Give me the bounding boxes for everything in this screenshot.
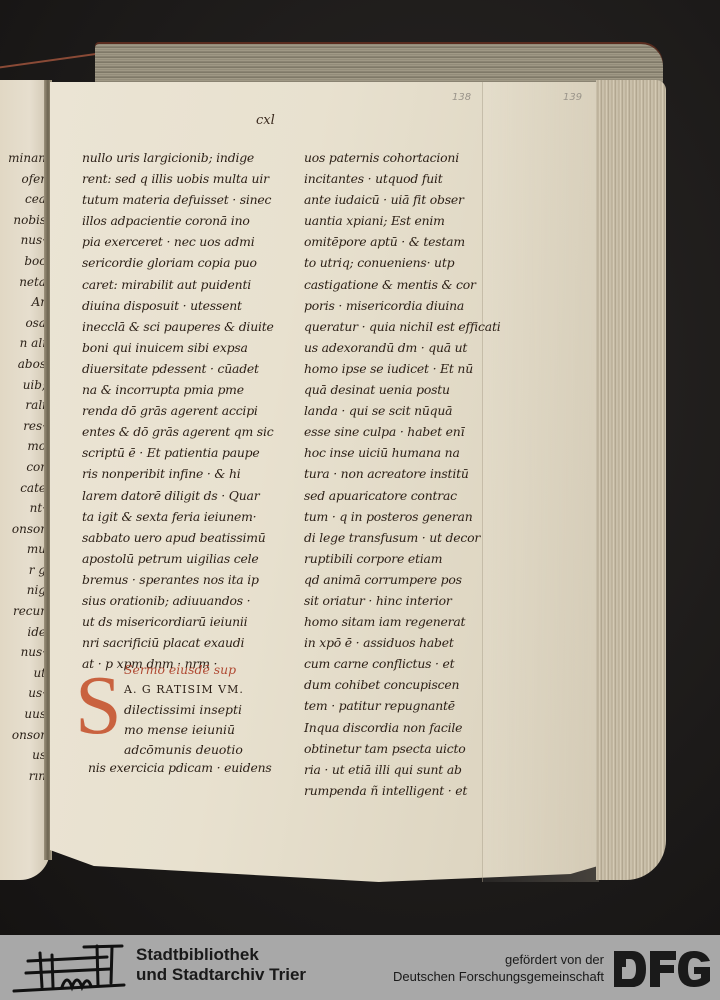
library-name-line2: und Stadtarchiv Trier <box>136 965 306 985</box>
manuscript-line: apostolū petrum uigilias cele <box>82 548 282 569</box>
manuscript-line: sed apuaricatore contrac <box>304 485 484 506</box>
pencil-page-number-left: 138 <box>452 92 471 103</box>
left-page-fragment: rali <box>0 395 46 416</box>
manuscript-line: omitēpore aptū · & testam <box>304 231 484 252</box>
text-column-left: nullo uris largicionib; indigerent: sed … <box>82 147 282 674</box>
manuscript-line: larem datorē diligit ds · Quar <box>82 485 282 506</box>
left-page-fragment: n alı <box>0 333 46 354</box>
manuscript-line: in xpō ē · assiduos habet <box>304 632 484 653</box>
text-column-right: uos paternis cohortacioniincitantes · ut… <box>304 147 484 801</box>
left-page-text-fragments: minanoferceanobisnus·bocnetaArosan alıab… <box>0 148 46 786</box>
dfg-logo-icon <box>614 949 712 989</box>
left-page-fragment: nt· <box>0 498 46 519</box>
left-page-fragment: mo <box>0 436 46 457</box>
left-page-fragment: abos <box>0 354 46 375</box>
manuscript-line: renda dō grās agerent accipi <box>82 400 282 421</box>
left-page-fragment: rın <box>0 766 46 787</box>
stadtbibliothek-trier-logo-icon <box>12 941 127 996</box>
left-page-fragment: boc <box>0 251 46 272</box>
funding-line2: Deutschen Forschungsgemeinschaft <box>393 968 604 985</box>
manuscript-line: ta igit & sexta feria ieiunem· <box>82 506 282 527</box>
left-page-fragment: uus <box>0 704 46 725</box>
left-page-fragment: ut <box>0 663 46 684</box>
manuscript-line: bremus · sperantes nos ita ip <box>82 569 282 590</box>
footer-banner: Stadtbibliothek und Stadtarchiv Trier ge… <box>0 935 720 1000</box>
left-page-fragment: nig <box>0 580 46 601</box>
left-page-fragment: recur <box>0 601 46 622</box>
rubric-subtitle: A. G RATISIM VM. <box>124 680 244 700</box>
manuscript-line: sabbato uero apud beatissimū <box>82 527 282 548</box>
left-page-fragment: mu <box>0 539 46 560</box>
manuscript-line: rumpenda ñ intelligent · et <box>304 780 484 801</box>
left-page-fragment: onsor <box>0 519 46 540</box>
manuscript-line: landa · qui se scit nūquā <box>304 400 484 421</box>
book-top-edge <box>95 44 663 86</box>
rubric-title: Sermo eiusdē sup <box>124 660 244 680</box>
funding-credit: gefördert von der Deutschen Forschungsge… <box>393 951 604 985</box>
left-page-fragment: uib; <box>0 375 46 396</box>
left-page-fragment: cor <box>0 457 46 478</box>
left-page-fragment: us· <box>0 683 46 704</box>
manuscript-line: incitantes · utquod fuit <box>304 168 484 189</box>
library-name-line1: Stadtbibliothek <box>136 945 306 965</box>
manuscript-scan: minanoferceanobisnus·bocnetaArosan alıab… <box>0 0 720 935</box>
left-page-fragment: nus· <box>0 230 46 251</box>
library-name: Stadtbibliothek und Stadtarchiv Trier <box>136 945 306 985</box>
manuscript-line: obtinetur tam psecta uicto <box>304 738 484 759</box>
manuscript-line: Inqua discordia non facile <box>304 717 484 738</box>
funding-line1: gefördert von der <box>393 951 604 968</box>
pencil-page-number-right: 139 <box>563 92 582 103</box>
left-page-fragment: onsor <box>0 725 46 746</box>
sermon-line: dilectissimi insepti <box>124 700 244 720</box>
book-fore-edge <box>596 80 666 880</box>
left-page-fragment: neta <box>0 272 46 293</box>
manuscript-line: sit oriatur · hinc interior <box>304 590 484 611</box>
manuscript-line: cum carne conflictus · et <box>304 653 484 674</box>
manuscript-line: qd animā corrumpere pos <box>304 569 484 590</box>
manuscript-line: na & incorrupta pmia pme <box>82 379 282 400</box>
manuscript-line: homo ipse se iudicet · Et nū <box>304 358 484 379</box>
manuscript-line: uantia xpiani; Est enim <box>304 210 484 231</box>
manuscript-line: dum cohibet concupiscen <box>304 674 484 695</box>
manuscript-line: esse sine culpa · habet enī <box>304 421 484 442</box>
manuscript-line: tum · q in posteros generan <box>304 506 484 527</box>
decorated-initial-s: S <box>75 664 122 748</box>
manuscript-line: sericordie gloriam copia puo <box>82 252 282 273</box>
left-page-fragment: osa <box>0 313 46 334</box>
left-page-fragment: nobis <box>0 210 46 231</box>
manuscript-line: ut ds misericordiarū ieiunii <box>82 611 282 632</box>
sermon-heading-block: Sermo eiusdē sup A. G RATISIM VM. dilect… <box>124 660 244 760</box>
manuscript-line: ria · ut etiā illi qui sunt ab <box>304 759 484 780</box>
page-fold-shadow <box>482 82 599 882</box>
left-page-fragment: res· <box>0 416 46 437</box>
manuscript-line: poris · misericordia diuina <box>304 295 484 316</box>
manuscript-line: tura · non acreatore institū <box>304 463 484 484</box>
manuscript-line: sius orationib; adiuuandos · <box>82 590 282 611</box>
left-page-fragment: r g <box>0 560 46 581</box>
left-page-fragment: cate <box>0 478 46 499</box>
manuscript-line: tem · patitur repugnantē <box>304 695 484 716</box>
manuscript-line: inecclā & sci pauperes & diuite <box>82 316 282 337</box>
left-page-fragment: us <box>0 745 46 766</box>
manuscript-line: quā desinat uenia postu <box>304 379 484 400</box>
manuscript-line: ruptibili corpore etiam <box>304 548 484 569</box>
manuscript-line: scriptū ē · Et patientia paupe <box>82 442 282 463</box>
sermon-line: mo mense ieiuniū <box>124 720 244 740</box>
manuscript-line: nullo uris largicionib; indige <box>82 147 282 168</box>
manuscript-line: rent: sed q illis uobis multa uir <box>82 168 282 189</box>
text-column-left-last-line: nis exercicia pdicam · euidens <box>88 757 272 778</box>
manuscript-line: pia exerceret · nec uos admi <box>82 231 282 252</box>
manuscript-line: hoc inse uiciū humana na <box>304 442 484 463</box>
left-page-fragment: ofer <box>0 169 46 190</box>
left-page-fragment: cea <box>0 189 46 210</box>
manuscript-line: ante iudaicū · uiā fit obser <box>304 189 484 210</box>
manuscript-line: diuina disposuit · utessent <box>82 295 282 316</box>
manuscript-line: ris nonperibit infine · & hi <box>82 463 282 484</box>
manuscript-line: uos paternis cohortacioni <box>304 147 484 168</box>
left-page-fragment: Ar <box>0 292 46 313</box>
manuscript-line: queratur · quia nichil est efficati <box>304 316 484 337</box>
manuscript-line: diuersitate pdessent · cūadet <box>82 358 282 379</box>
manuscript-line: us adexorandū dm · quā ut <box>304 337 484 358</box>
left-page-fragment: minan <box>0 148 46 169</box>
manuscript-line: castigatione & mentis & cor <box>304 274 484 295</box>
manuscript-line: entes & dō grās agerent qm sic <box>82 421 282 442</box>
manuscript-line: tutum materia defuisset · sinec <box>82 189 282 210</box>
manuscript-line: homo sitam iam regenerat <box>304 611 484 632</box>
manuscript-line: caret: mirabilit aut puidenti <box>82 274 282 295</box>
left-page-fragment: ide <box>0 622 46 643</box>
manuscript-line: di lege transfusum · ut decor <box>304 527 484 548</box>
left-page-fragment: nus· <box>0 642 46 663</box>
manuscript-line: boni qui inuicem sibi expsa <box>82 337 282 358</box>
manuscript-line: illos adpacientie coronā ino <box>82 210 282 231</box>
manuscript-line: nri sacrificiū placat exaudi <box>82 632 282 653</box>
folio-number: cxl <box>256 113 275 128</box>
manuscript-line: to utriq; conueniens· utp <box>304 252 484 273</box>
